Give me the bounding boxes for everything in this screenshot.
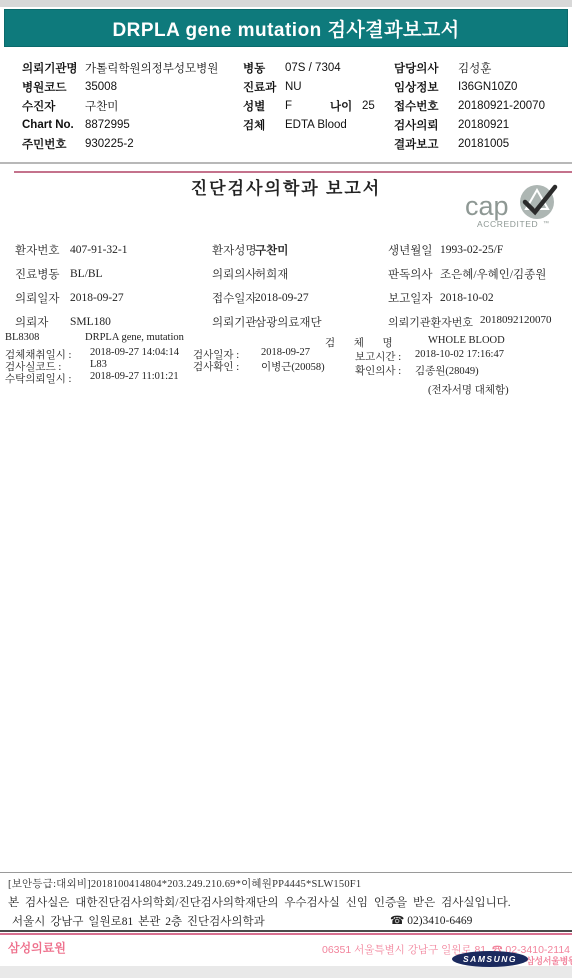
field-row: 검사확인 :이병근(20058): [193, 359, 325, 374]
field-label: 나이: [330, 98, 362, 114]
field-label: 환자성명: [212, 242, 255, 258]
patient-info-col3: 생년월일1993-02-25/F 판독의사조은혜/우혜인/김종원 보고일자201…: [388, 238, 568, 330]
field-row: 결과보고20181005: [394, 134, 570, 153]
field-label: 의뢰자: [15, 314, 70, 330]
field-label: 수진자: [22, 98, 85, 114]
field-value: 930225-2: [85, 138, 134, 150]
field-row: Chart No.8872995: [22, 115, 240, 134]
field-row: 성별 F 나이 25: [243, 96, 393, 115]
field-row: 의뢰기관환자번호2018092120070: [388, 314, 568, 330]
lab-address: 서울시 강남구 일원로81 본관 2층 진단검사의학과: [12, 913, 265, 929]
accreditation-statement: 본 검사실은 대한진단검사의학회/진단검사의학재단의 우수검사실 신임 인증을 …: [8, 894, 511, 910]
test-code: BL8308: [5, 332, 39, 343]
footer-divider-dark: [0, 930, 572, 932]
field-label: 임상정보: [394, 79, 458, 95]
field-label: 담당의사: [394, 60, 458, 76]
field-row: 보고시간 :2018-10-02 17:16:47: [355, 349, 504, 364]
field-row: 접수번호20180921-20070: [394, 96, 570, 115]
field-row: 생년월일1993-02-25/F: [388, 238, 568, 262]
field-row: 의뢰일자2018-09-27: [15, 286, 128, 310]
thin-divider: [0, 872, 572, 873]
field-row: 검사의뢰20180921: [394, 115, 570, 134]
test-name: DRPLA gene, mutation: [85, 332, 184, 343]
field-value: 구찬미: [85, 98, 118, 114]
cap-logo-accredited: ACCREDITED: [477, 219, 538, 229]
field-row: 수탁의뢰일시 :2018-09-27 11:01:21: [5, 371, 179, 386]
field-label: 보고일자: [388, 290, 440, 306]
report-header-title: DRPLA gene mutation 검사결과보고서: [112, 15, 459, 42]
cap-accredited-logo: cap ACCREDITED ™: [463, 183, 567, 231]
field-row: 수진자구찬미: [22, 96, 240, 115]
field-label: 의뢰의사: [212, 266, 255, 282]
field-label: 검사확인 :: [193, 359, 261, 374]
field-value: EDTA Blood: [285, 119, 347, 131]
field-label: 생년월일: [388, 242, 440, 258]
field-value: 1993-02-25/F: [440, 244, 503, 256]
field-row: 의뢰의사허희재: [212, 262, 322, 286]
field-row: 병원코드35008: [22, 77, 240, 96]
samsung-logo-text: SAMSUNG: [463, 954, 517, 964]
security-classification-line: [보안등급:대외비]2018100414804*203.249.210.69*이…: [8, 876, 361, 891]
field-row: 임상정보I36GN10Z0: [394, 77, 570, 96]
pink-divider: [14, 171, 572, 173]
field-value: 삼광의료재단: [255, 314, 322, 330]
field-row: 환자성명구찬미: [212, 238, 322, 262]
field-label: 의뢰일자: [15, 290, 70, 306]
field-label: 결과보고: [394, 136, 458, 152]
field-label: 확인의사 :: [355, 363, 415, 378]
field-label: 진료병동: [15, 266, 70, 282]
field-row: 검체EDTA Blood: [243, 115, 393, 134]
field-row: 확인의사 :김종원(28049): [355, 363, 479, 378]
field-value: 20180921: [458, 119, 509, 131]
field-value: 허희재: [255, 266, 288, 282]
field-value: 20181005: [458, 138, 509, 150]
field-label: 판독의사: [388, 266, 440, 282]
field-row: 접수일자2018-09-27: [212, 286, 322, 310]
field-value: 2018092120070: [480, 314, 566, 326]
field-row: 의뢰기관명가톨릭학원의정부성모병원: [22, 58, 240, 77]
samsung-logo: SAMSUNG: [452, 951, 528, 967]
field-row: 담당의사김성훈: [394, 58, 570, 77]
field-label: 수탁의뢰일시 :: [5, 371, 90, 386]
specimen-label: 검 체 명: [325, 335, 401, 350]
gray-divider: [0, 162, 572, 164]
field-row: 진료과NU: [243, 77, 393, 96]
request-info-right: 담당의사김성훈 임상정보I36GN10Z0 접수번호20180921-20070…: [394, 58, 570, 153]
patient-name: 구찬미: [255, 242, 288, 258]
field-row: 진료병동BL/BL: [15, 262, 128, 286]
patient-info-col1: 환자번호407-91-32-1 진료병동BL/BL 의뢰일자2018-09-27…: [15, 238, 128, 334]
field-label: 성별: [243, 98, 285, 114]
field-value: 김성훈: [458, 60, 491, 76]
field-value: 가톨릭학원의정부성모병원: [85, 60, 218, 76]
field-label: 접수번호: [394, 98, 458, 114]
field-label: Chart No.: [22, 119, 85, 131]
field-label: 진료과: [243, 79, 285, 95]
field-value: 이병근(20058): [261, 359, 325, 374]
field-label: 검사의뢰: [394, 117, 458, 133]
field-value: 2018-09-27: [70, 292, 124, 304]
field-value: NU: [285, 81, 302, 93]
field-label: 의뢰기관환자번호: [388, 314, 480, 330]
electronic-signature-note: (전자서명 대체함): [428, 382, 509, 397]
lab-phone: ☎ 02)3410-6469: [390, 913, 472, 927]
footer-hospital-name: 삼성서울병원: [526, 954, 572, 967]
footer-org-name: 삼성의료원: [8, 939, 66, 956]
field-value: 2018-09-27: [255, 292, 309, 304]
field-value: 25: [362, 100, 375, 112]
field-label: 의뢰기관: [212, 314, 255, 330]
field-label: 주민번호: [22, 136, 85, 152]
field-row: 주민번호930225-2: [22, 134, 240, 153]
field-value: 07S / 7304: [285, 62, 341, 74]
field-row: 환자번호407-91-32-1: [15, 238, 128, 262]
specimen-value: WHOLE BLOOD: [428, 335, 505, 346]
field-label: 환자번호: [15, 242, 70, 258]
field-value: 20180921-20070: [458, 100, 545, 112]
field-value: 2018-10-02: [440, 292, 494, 304]
field-value: I36GN10Z0: [458, 81, 517, 93]
field-value: 35008: [85, 81, 117, 93]
report-header-bar: DRPLA gene mutation 검사결과보고서: [4, 9, 568, 47]
field-label: 보고시간 :: [355, 349, 415, 364]
request-info-left: 의뢰기관명가톨릭학원의정부성모병원 병원코드35008 수진자구찬미 Chart…: [22, 58, 240, 153]
cap-logo-word: cap: [465, 191, 509, 221]
field-value: F: [285, 100, 330, 112]
field-label: 병원코드: [22, 79, 85, 95]
field-value: 2018-10-02 17:16:47: [415, 349, 504, 364]
field-row: 병동07S / 7304: [243, 58, 393, 77]
field-value: 8872995: [85, 119, 130, 131]
scan-edge-top: [0, 0, 572, 7]
field-row: 판독의사조은혜/우혜인/김종원: [388, 262, 568, 286]
field-value: 2018-09-27 11:01:21: [90, 371, 179, 386]
field-label: 병동: [243, 60, 285, 76]
field-label: 접수일자: [212, 290, 255, 306]
field-row: 보고일자2018-10-02: [388, 286, 568, 310]
field-label: 의뢰기관명: [22, 60, 85, 76]
scan-edge-bottom: [0, 966, 572, 978]
field-value: SML180: [70, 316, 111, 328]
field-value: 조은혜/우혜인/김종원: [440, 266, 546, 282]
field-value: 김종원(28049): [415, 363, 479, 378]
field-value: 407-91-32-1: [70, 244, 128, 256]
field-label: 검체: [243, 117, 285, 133]
request-info-middle: 병동07S / 7304 진료과NU 성별 F 나이 25 검체EDTA Blo…: [243, 58, 393, 134]
cap-logo-tm: ™: [543, 220, 549, 227]
footer-divider-pink: [0, 933, 572, 935]
patient-info-col2: 환자성명구찬미 의뢰의사허희재 접수일자2018-09-27 의뢰기관삼광의료재…: [212, 238, 322, 334]
lab-report-page: DRPLA gene mutation 검사결과보고서 의뢰기관명가톨릭학원의정…: [0, 0, 572, 978]
test-detail-section: BL8308 DRPLA gene, mutation 검 체 명 WHOLE …: [0, 330, 572, 400]
field-value: BL/BL: [70, 268, 103, 280]
